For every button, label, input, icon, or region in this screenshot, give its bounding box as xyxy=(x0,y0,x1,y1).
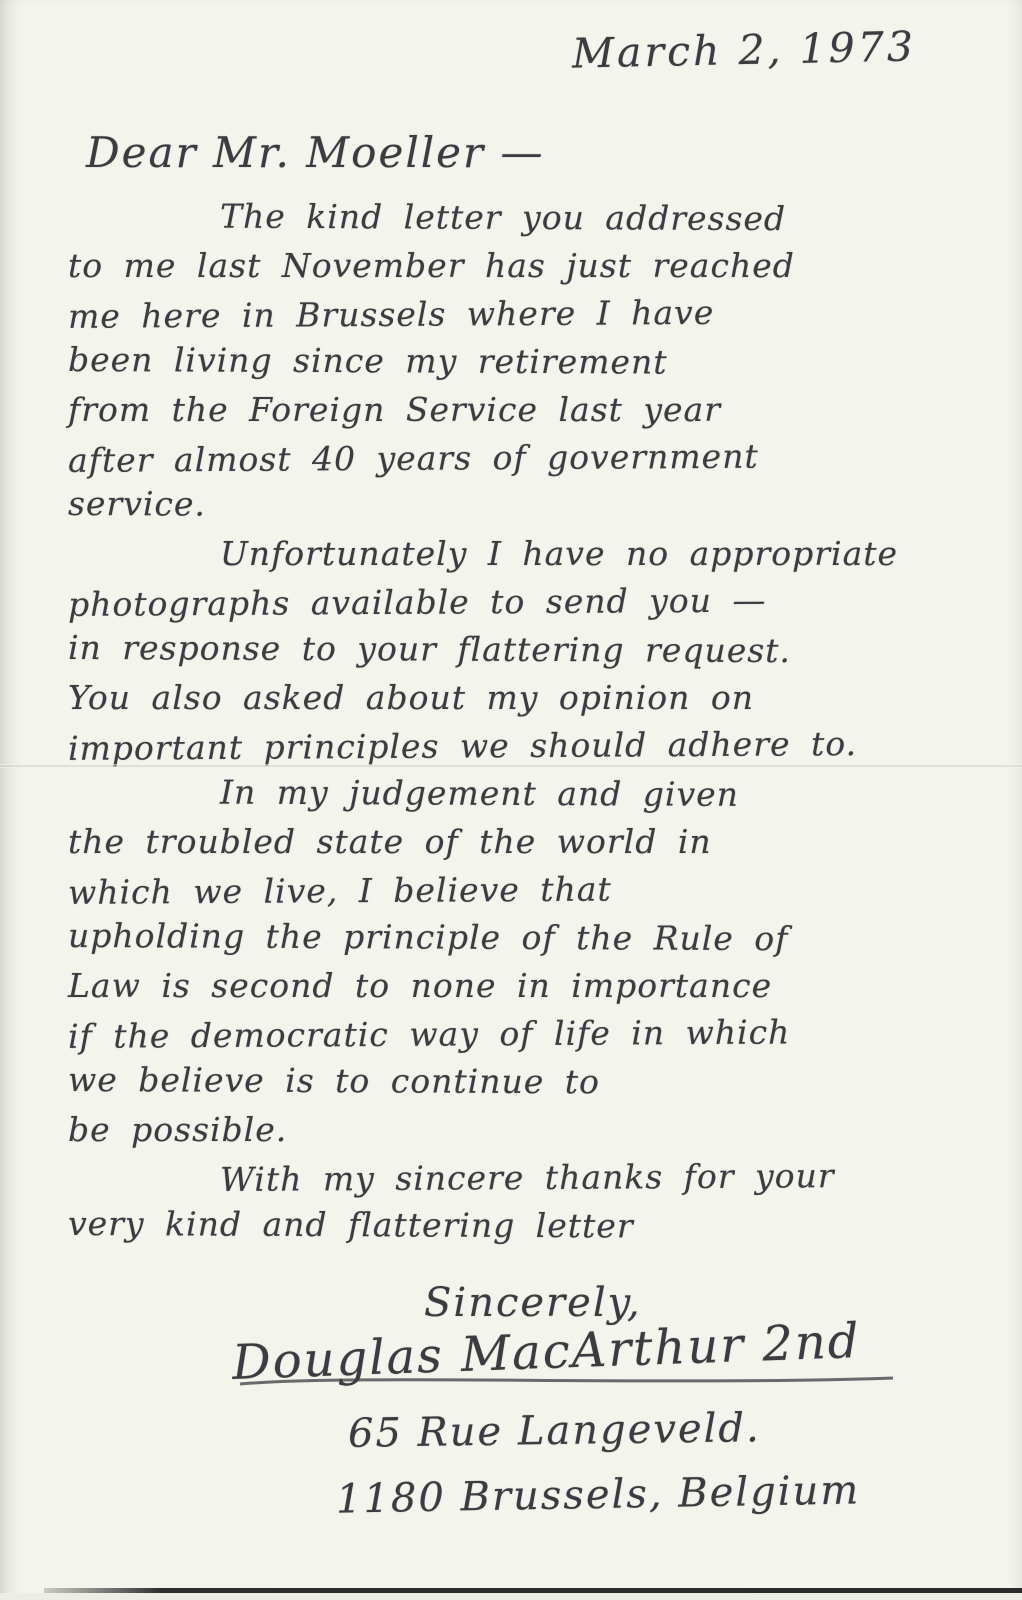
letter-line: me here in Brussels where I have xyxy=(68,287,1008,341)
letter-body: The kind letter you addressed to me last… xyxy=(68,194,1008,1250)
address-line-city: 1180 Brussels, Belgium xyxy=(336,1467,861,1522)
letter-line: Law is second to none in importance xyxy=(68,962,1008,1010)
letter-line: in response to your flattering request. xyxy=(68,624,1008,676)
letter-line: been living since my retirement xyxy=(68,336,1008,388)
letter-line: In my judgement and given xyxy=(68,768,1008,820)
letter-line: from the Foreign Service last year xyxy=(68,386,1008,434)
letter-line: very kind and flattering letter xyxy=(68,1200,1008,1252)
fold-crease xyxy=(0,764,1022,768)
letter-line: Unfortunately I have no appropriate xyxy=(68,530,1008,578)
letter-line: upholding the principle of the Rule of xyxy=(68,912,1008,964)
letter-line: the troubled state of the world in xyxy=(68,818,1008,866)
letter-line: to me last November has just reached xyxy=(68,242,1008,290)
letter-line: With my sincere thanks for your xyxy=(68,1151,1008,1205)
salutation: Dear Mr. Moeller — xyxy=(86,128,544,177)
address-line-street: 65 Rue Langeveld. xyxy=(348,1405,761,1457)
letter-line: we believe is to continue to xyxy=(68,1056,1008,1108)
letter-line: You also asked about my opinion on xyxy=(68,674,1008,722)
letter-line: after almost 40 years of government xyxy=(68,431,1008,485)
signature-flourish xyxy=(238,1372,898,1388)
letter-line: service. xyxy=(68,480,1008,532)
handwritten-letter-page: March 2, 1973 Dear Mr. Moeller — The kin… xyxy=(0,0,1022,1600)
letter-line: if the democratic way of life in which xyxy=(68,1007,1008,1061)
letter-line: which we live, I believe that xyxy=(68,863,1008,917)
letter-line: photographs available to send you — xyxy=(68,575,1008,629)
letter-line: be possible. xyxy=(68,1106,1008,1154)
letter-line: The kind letter you addressed xyxy=(68,192,1008,244)
scan-background-strip xyxy=(0,1593,1022,1600)
letter-date: March 2, 1973 xyxy=(572,22,917,77)
closing-sincerely: Sincerely, xyxy=(424,1280,642,1326)
